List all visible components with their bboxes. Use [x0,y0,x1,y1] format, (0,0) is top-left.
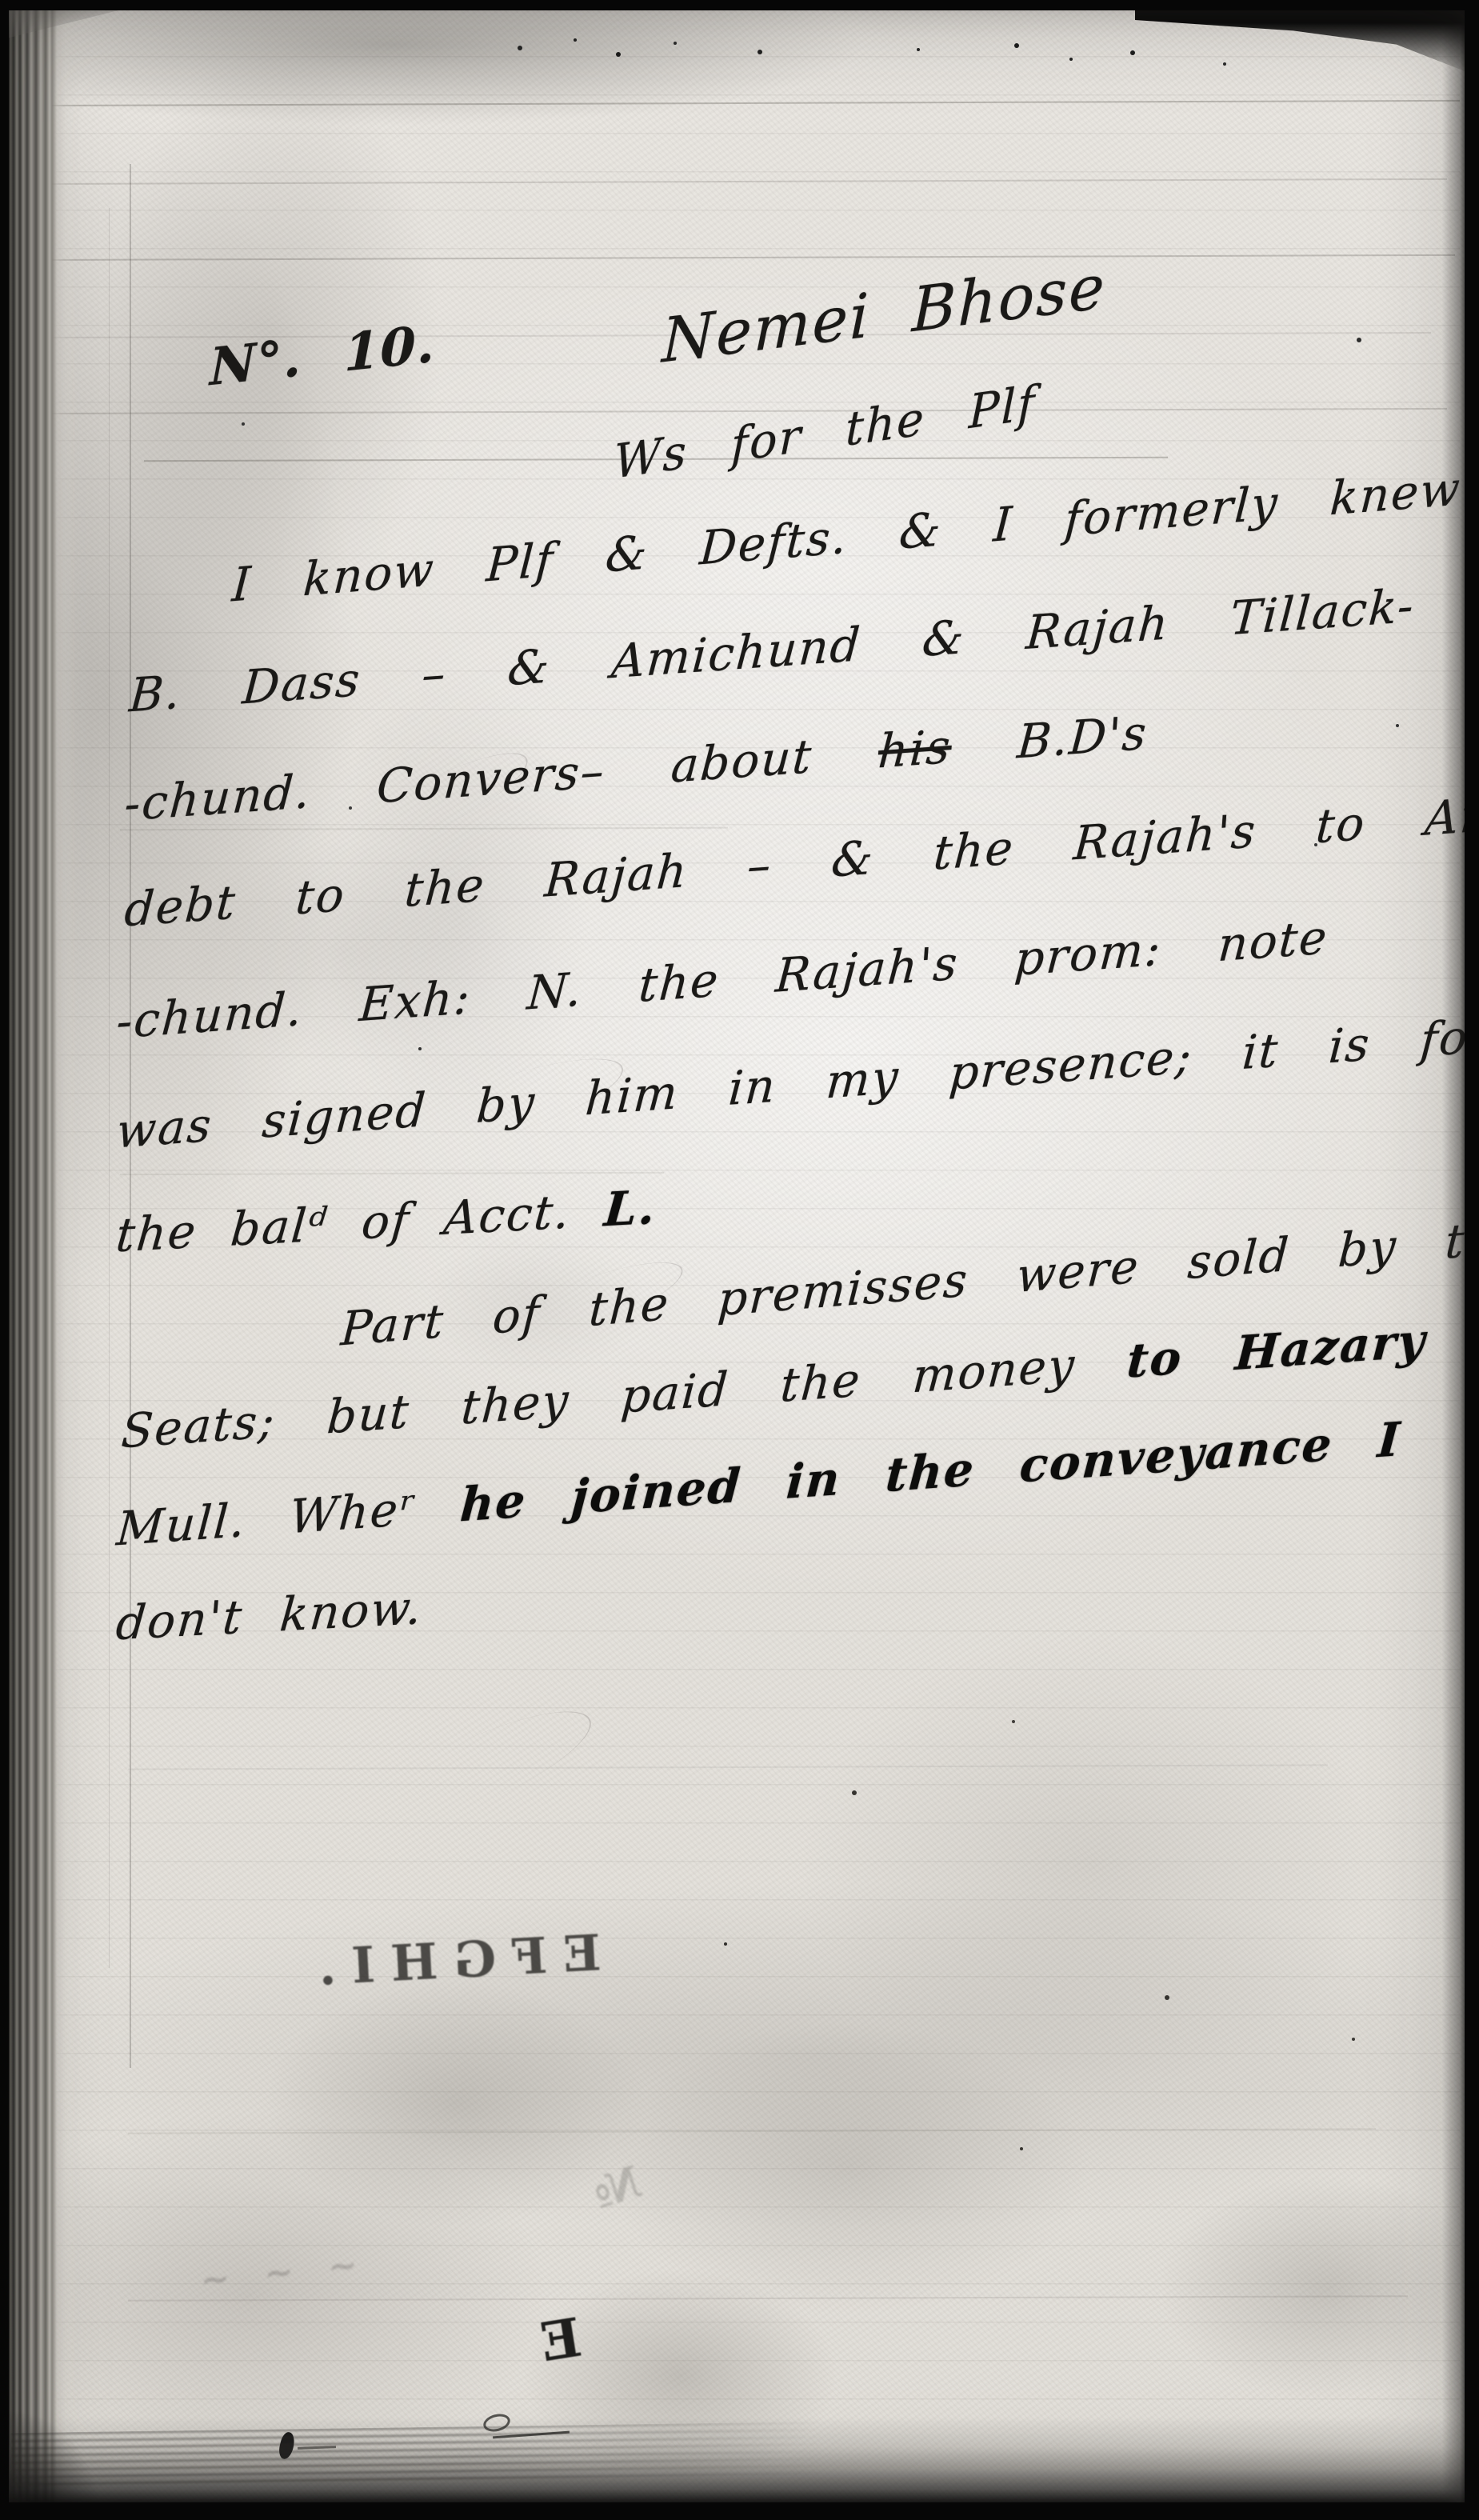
scan-border-right [1465,0,1479,2520]
scan-border-left [0,0,9,2520]
testimony-line-3-struck-word: his [877,719,953,779]
scan-border-top [0,0,1479,10]
scan-border-bottom [0,2502,1479,2520]
margin-line-faint [109,208,110,1968]
scanned-manuscript-page: N°. 10. Nemei Bhose Ws for the Plf I kno… [0,0,1479,2520]
testimony-line-7-exhibit-mark: L. [602,1180,659,1238]
binding-edge [0,0,80,2520]
bottom-gutter-streaks [11,2422,828,2490]
